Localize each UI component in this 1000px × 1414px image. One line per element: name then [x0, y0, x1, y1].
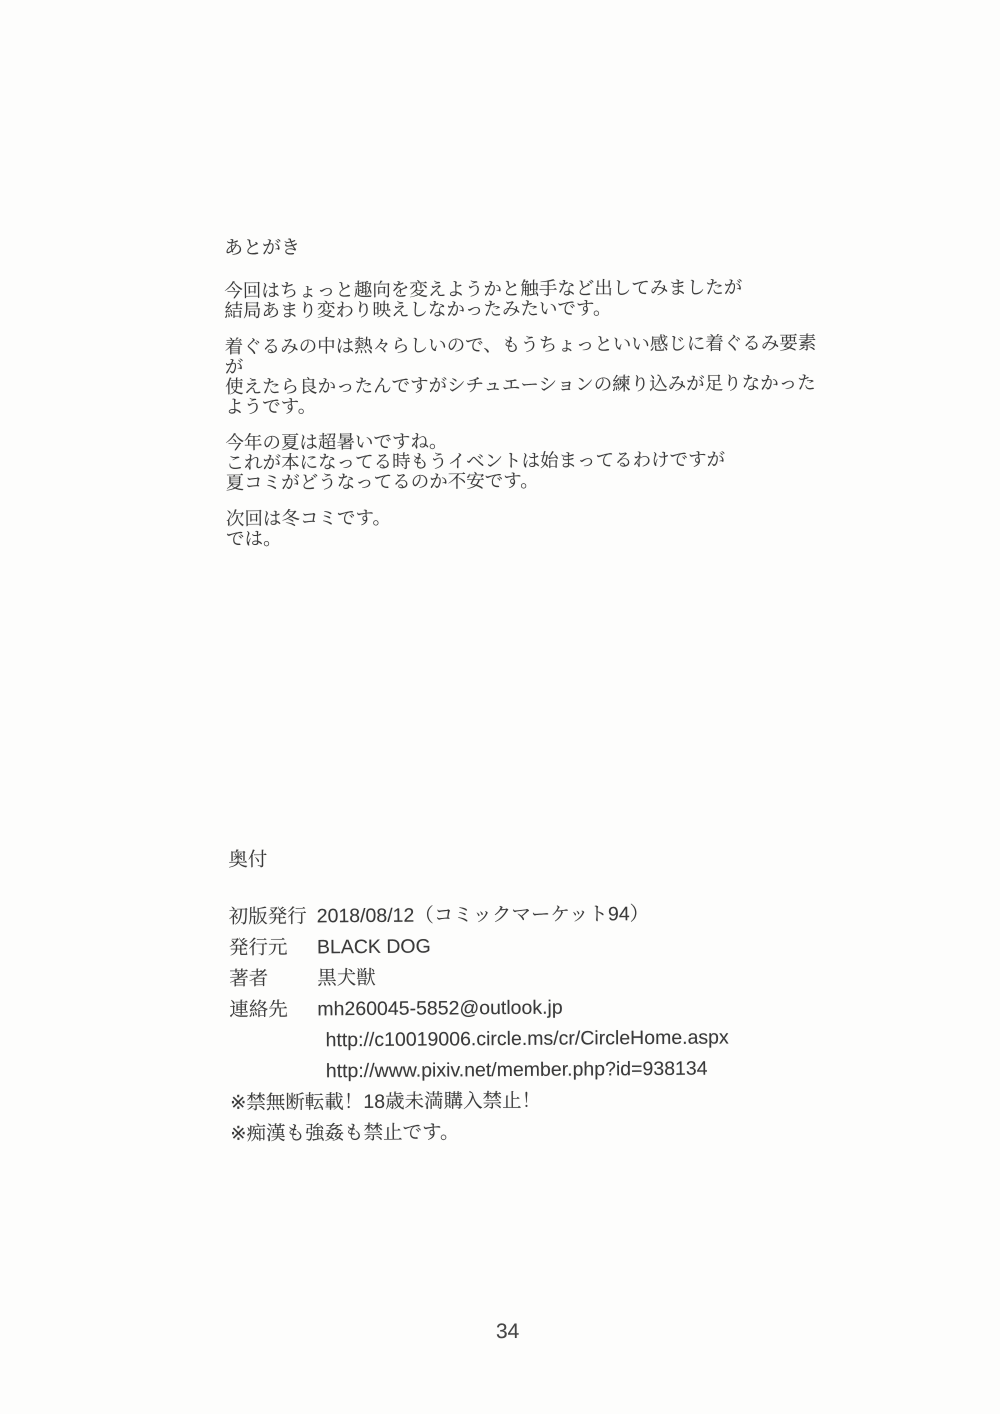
reprint-prohibition-notice: ※禁無断転載！18歳未満購入禁止！	[230, 1083, 890, 1119]
colophon-label: 連絡先	[229, 994, 317, 1026]
afterword-paragraph: 着ぐるみの中は熱々らしいので、もうちょっといい感じに着ぐるみ要素が 使えたら良か…	[225, 333, 826, 417]
scanned-document-page: あとがき 今回はちょっと趣向を変えようかと触手など出してみましたが 結局あまり変…	[0, 0, 1000, 1414]
afterword-heading: あとがき	[224, 235, 824, 259]
colophon-label: 著者	[229, 963, 317, 995]
page-number: 34	[8, 1317, 1000, 1348]
afterword-paragraph: 今年の夏は超暑いですね。 これが本になってる時もうイベントは始まってるわけですが…	[225, 429, 825, 493]
colophon-row-pixiv-url: http://www.pixiv.net/member.php?id=93813…	[230, 1052, 890, 1088]
colophon-value-author: 黒犬獣	[317, 963, 376, 994]
colophon-row-circle-url: http://c10019006.circle.ms/cr/CircleHome…	[229, 1021, 889, 1057]
colophon-row-contact: 連絡先 mh260045-5852@outlook.jp	[229, 990, 889, 1026]
colophon-label: 発行元	[229, 932, 317, 964]
colophon-value-publication-date: 2018/08/12（コミックマーケット94）	[317, 899, 650, 932]
colophon-section: 奥付 初版発行 2018/08/12（コミックマーケット94） 発行元 BLAC…	[228, 844, 890, 1150]
colophon-value-pixiv-url: http://www.pixiv.net/member.php?id=93813…	[326, 1054, 708, 1088]
afterword-paragraph: 今回はちょっと趣向を変えようかと触手など出してみましたが 結局あまり変わり映えし…	[224, 277, 824, 321]
colophon-value-contact-email: mh260045-5852@outlook.jp	[317, 993, 563, 1026]
colophon-value-publisher: BLACK DOG	[317, 932, 431, 964]
colophon-label: 初版発行	[229, 901, 317, 933]
colophon-label	[230, 1077, 326, 1078]
colophon-value-circle-url: http://c10019006.circle.ms/cr/CircleHome…	[325, 1022, 728, 1056]
colophon-row-first-edition: 初版発行 2018/08/12（コミックマーケット94）	[229, 897, 889, 933]
colophon-label	[230, 1046, 326, 1047]
afterword-section: あとがき 今回はちょっと趣向を変えようかと触手など出してみましたが 結局あまり変…	[224, 235, 826, 565]
disclaimer-notice: ※痴漢も強姦も禁止です。	[230, 1114, 890, 1150]
colophon-row-publisher: 発行元 BLACK DOG	[229, 928, 889, 964]
colophon-heading: 奥付	[228, 844, 888, 871]
colophon-row-author: 著者 黒犬獣	[229, 959, 889, 995]
afterword-paragraph: 次回は冬コミです。 では。	[226, 505, 826, 549]
page-content: あとがき 今回はちょっと趣向を変えようかと触手など出してみましたが 結局あまり変…	[0, 0, 1000, 1414]
